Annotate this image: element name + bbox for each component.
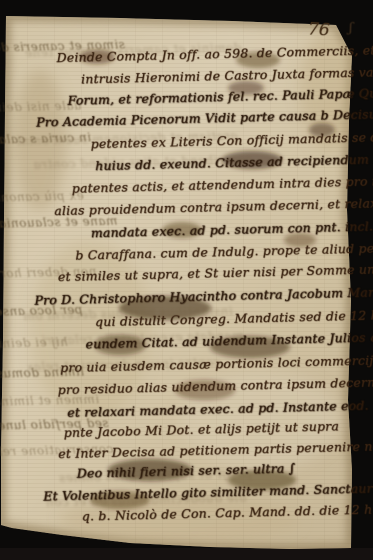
manuscript-line: alias prouidendum contra ipsum decerni, … xyxy=(54,196,373,218)
handwriting-layer: simon et cameris dein uale nisi deim in … xyxy=(0,0,373,560)
manuscript-line: et relaxari mandata exec. ad pd. Instant… xyxy=(67,399,369,420)
manuscript-line: pro residuo alias uidendum contra ipsum … xyxy=(57,375,373,397)
manuscript-line: intrusis Hieronimi de Castro Juxta forma… xyxy=(81,65,373,87)
manuscript-line: mandata exec. ad pd. suorum con pnt. inc… xyxy=(91,219,373,240)
corner-ink-mark: ʃ xyxy=(349,21,353,36)
manuscript-line: et similes ut supra, et St uier nisi per… xyxy=(58,262,373,284)
manuscript-line: Pro Academia Picenorum Vidit parte causa… xyxy=(36,107,373,130)
manuscript-line: pro uia eiusdem causæ portionis loci com… xyxy=(60,353,373,375)
manuscript-line: patentes actis, et attendendum intra die… xyxy=(72,173,373,195)
manuscript-line: Forum, et reformationis fel. rec. Pauli … xyxy=(67,86,373,108)
folio-number: 76 xyxy=(307,19,330,40)
manuscript-line: Deo nihil fieri nisi ser. ser. ultra ∫ xyxy=(77,461,296,480)
manuscript-line: b Caraffana. cum de Indulg. prope te ali… xyxy=(75,241,373,263)
manuscript-photo: simon et cameris dein uale nisi deim in … xyxy=(0,0,373,560)
